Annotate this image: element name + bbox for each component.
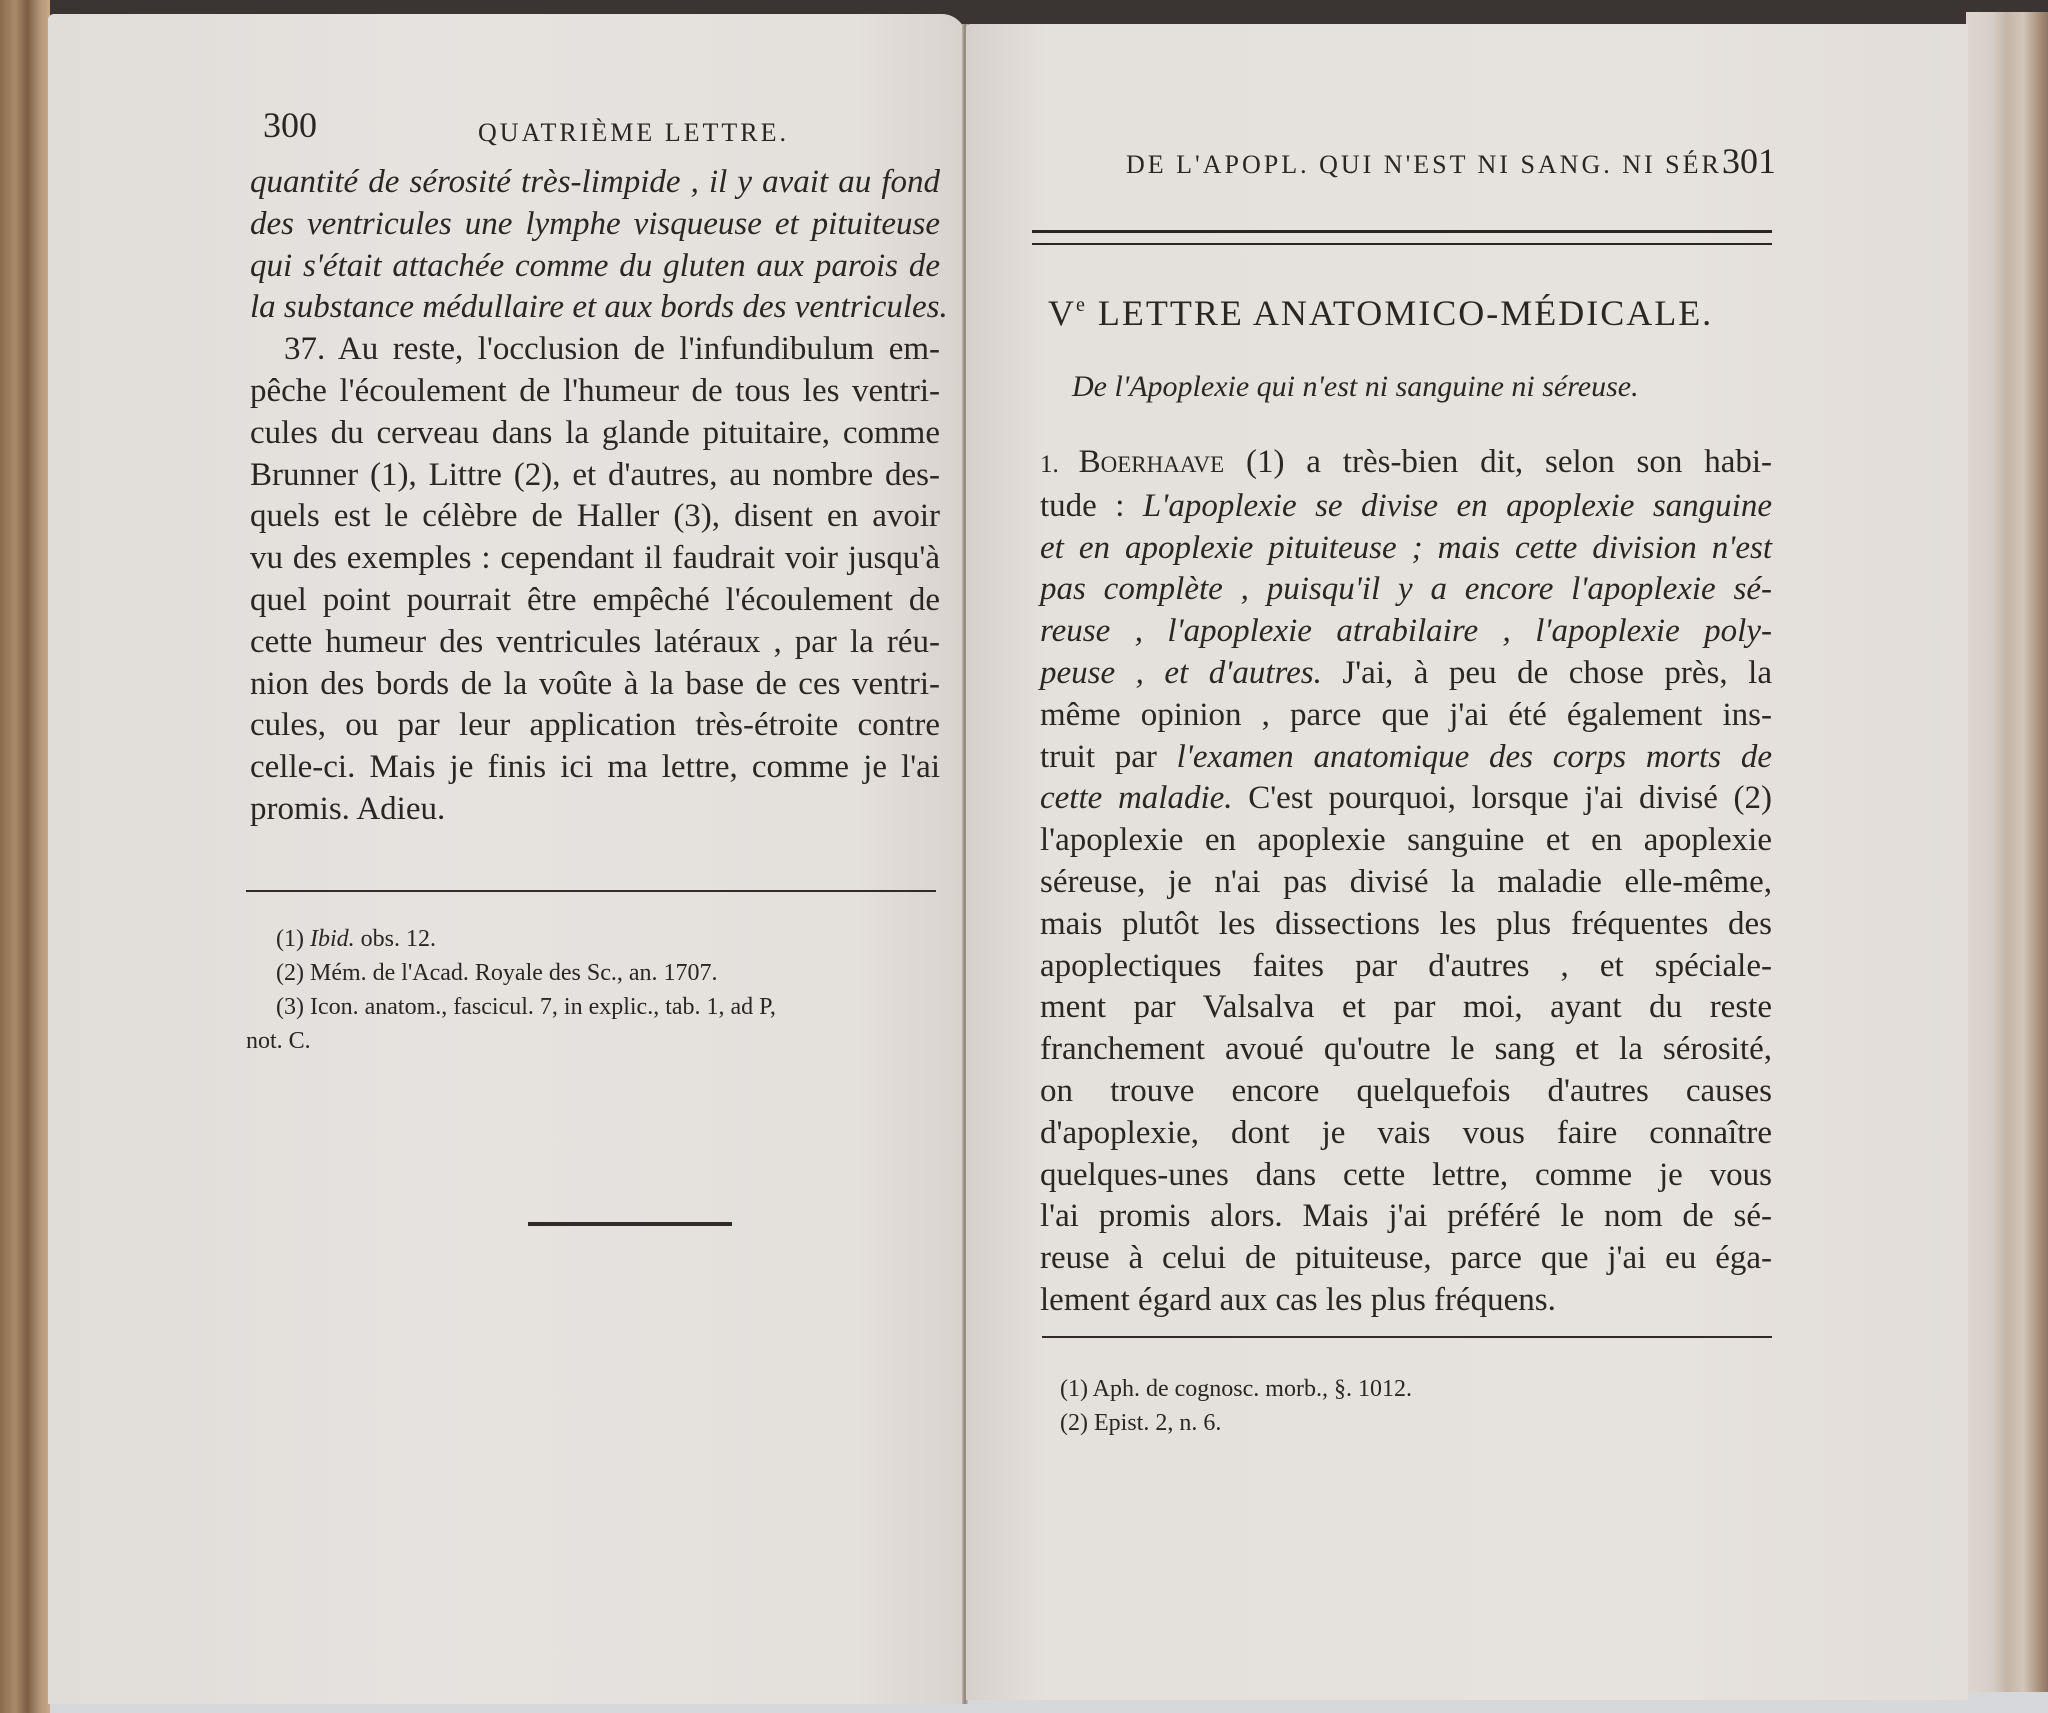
footnote-italic: Ibid. [304, 926, 355, 952]
text-run: Boerhaave [1079, 444, 1225, 480]
text-run: séreuse, je n'ai pas divisé la maladie e… [1040, 864, 1772, 900]
text-line: apoplectiques faites par d'autres , et s… [1040, 946, 1772, 988]
text-run: 1. [1040, 451, 1079, 478]
text-run: on trouve encore quelquefois d'autres ca… [1040, 1073, 1772, 1109]
footnote: not. C. [246, 1024, 776, 1058]
book-edge-right [1966, 12, 2048, 1692]
text-line: même opinion , parce que j'ai été égalem… [1040, 695, 1772, 737]
text-line: 1. Boerhaave (1) a très-bien dit, selon … [1040, 442, 1772, 486]
text-line: cette humeur des ventricules latéraux , … [250, 622, 940, 664]
text-line: cette maladie. C'est pourquoi, lorsque j… [1040, 778, 1772, 820]
text-run: l'apoplexie en apoplexie sanguine et en … [1040, 822, 1772, 858]
text-line: cules, ou par leur application très-étro… [250, 705, 940, 747]
text-line: celle-ci. Mais je finis ici ma lettre, c… [250, 747, 940, 789]
text-line: et en apoplexie pituiteuse ; mais cette … [1040, 528, 1772, 570]
footnote-mark: (1) [276, 926, 304, 952]
text-run: J'ai, à peu de chose près, la [1322, 655, 1772, 691]
chapter-title-text: LETTRE ANATOMICO-MÉDICALE. [1087, 293, 1713, 333]
page-number-right: 301 [1722, 140, 1776, 182]
text-line: séreuse, je n'ai pas divisé la maladie e… [1040, 862, 1772, 904]
text-run: apoplectiques faites par d'autres , et s… [1040, 948, 1772, 984]
text-run: pas complète , puisqu'il y a encore l'ap… [1040, 571, 1772, 607]
book-edge-left [0, 0, 50, 1713]
text-line: franchement avoué qu'outre le sang et la… [1040, 1029, 1772, 1071]
text-run: même opinion , parce que j'ai été égalem… [1040, 697, 1772, 733]
footnote-text: obs. 12. [355, 926, 436, 952]
footnote: (2) Epist. 2, n. 6. [1060, 1406, 1412, 1440]
chapter-double-rule [1032, 230, 1772, 245]
text-run: C'est pourquoi, lorsque j'ai divisé (2) [1233, 780, 1772, 816]
text-line: l'ai promis alors. Mais j'ai préféré le … [1040, 1196, 1772, 1238]
chapter-ordinal: V [1048, 293, 1076, 333]
right-page-body: 1. Boerhaave (1) a très-bien dit, selon … [1040, 442, 1772, 1322]
text-run: franchement avoué qu'outre le sang et la… [1040, 1031, 1772, 1067]
text-line: lement égard aux cas les plus fréquens. [1040, 1280, 1772, 1322]
text-run: mais plutôt les dissections les plus fré… [1040, 906, 1772, 942]
text-line: quels est le célèbre de Haller (3), dise… [250, 496, 940, 538]
text-run: tude : [1040, 488, 1143, 524]
footnotes-right: (1) Aph. de cognosc. morb., §. 1012.(2) … [1060, 1372, 1412, 1440]
footnote: (1) Aph. de cognosc. morb., §. 1012. [1060, 1372, 1412, 1406]
text-line: quelques-unes dans cette lettre, comme j… [1040, 1155, 1772, 1197]
text-line: des ventricules une lymphe visqueuse et … [250, 204, 940, 246]
footnote: (3) Icon. anatom., fascicul. 7, in expli… [276, 990, 776, 1024]
text-line: nion des bords de la voûte à la base de … [250, 664, 940, 706]
text-line: d'apoplexie, dont je vais vous faire con… [1040, 1113, 1772, 1155]
text-line: qui s'était attachée comme du gluten aux… [250, 246, 940, 288]
footnotes-left: (1) Ibid. obs. 12.(2) Mém. de l'Acad. Ro… [276, 922, 776, 1058]
text-run: et en apoplexie pituiteuse ; mais cette … [1040, 530, 1772, 566]
text-run: d'apoplexie, dont je vais vous faire con… [1040, 1115, 1772, 1151]
text-line: peuse , et d'autres. J'ai, à peu de chos… [1040, 653, 1772, 695]
text-run: L'apoplexie se divise en apoplexie sangu… [1143, 488, 1772, 524]
text-run: quelques-unes dans cette lettre, comme j… [1040, 1157, 1772, 1193]
footnote-text: Mém. de l'Acad. Royale des Sc., an. 1707… [304, 960, 718, 986]
footnote-text: Icon. anatom., fascicul. 7, in explic., … [304, 994, 776, 1020]
text-run: reuse à celui de pituiteuse, parce que j… [1040, 1240, 1772, 1276]
text-line: quel point pourrait être empêché l'écoul… [250, 580, 940, 622]
chapter-ordinal-sup: e [1076, 294, 1087, 316]
text-line: mais plutôt les dissections les plus fré… [1040, 904, 1772, 946]
left-page-body: quantité de sérosité très-limpide , il y… [250, 162, 940, 831]
text-line: cules du cerveau dans la glande pituitai… [250, 413, 940, 455]
text-line: Brunner (1), Littre (2), et d'autres, au… [250, 455, 940, 497]
text-run: (1) a très-bien dit, selon son habi- [1224, 444, 1772, 480]
text-line: 37. Au reste, l'occlusion de l'infundibu… [250, 329, 940, 371]
text-run: cette maladie. [1040, 780, 1233, 816]
running-head-left: QUATRIÈME LETTRE. [478, 118, 789, 148]
text-line: reuse , l'apoplexie atrabilaire , l'apop… [1040, 611, 1772, 653]
page-number-left: 300 [263, 104, 317, 146]
text-run: truit par [1040, 739, 1177, 775]
text-run: peuse , et d'autres. [1040, 655, 1322, 691]
text-line: quantité de sérosité très-limpide , il y… [250, 162, 940, 204]
footnote-separator-left [246, 890, 936, 892]
text-run: l'examen anatomique des corps morts de [1177, 739, 1772, 775]
text-line: tude : L'apoplexie se divise en apoplexi… [1040, 486, 1772, 528]
end-rule [528, 1222, 732, 1226]
text-run: ment par Valsalva et par moi, ayant du r… [1040, 989, 1772, 1025]
text-line: l'apoplexie en apoplexie sanguine et en … [1040, 820, 1772, 862]
text-line: reuse à celui de pituiteuse, parce que j… [1040, 1238, 1772, 1280]
footnote: (2) Mém. de l'Acad. Royale des Sc., an. … [276, 956, 776, 990]
running-head-right: DE L'APOPL. QUI N'EST NI SANG. NI SÉR. [1126, 150, 1731, 180]
footnote-separator-right [1042, 1336, 1772, 1338]
text-run: l'ai promis alors. Mais j'ai préféré le … [1040, 1198, 1772, 1234]
text-line: ment par Valsalva et par moi, ayant du r… [1040, 987, 1772, 1029]
text-line: vu des exemples : cependant il faudrait … [250, 538, 940, 580]
text-line: promis. Adieu. [250, 789, 940, 831]
text-line: pêche l'écoulement de l'humeur de tous l… [250, 371, 940, 413]
chapter-subtitle: De l'Apoplexie qui n'est ni sanguine ni … [1072, 370, 1639, 404]
text-line: pas complète , puisqu'il y a encore l'ap… [1040, 569, 1772, 611]
footnote: (1) Ibid. obs. 12. [276, 922, 776, 956]
footnote-mark: (2) [276, 960, 304, 986]
chapter-title: Ve LETTRE ANATOMICO-MÉDICALE. [1048, 292, 1713, 334]
text-run: reuse , l'apoplexie atrabilaire , l'apop… [1040, 613, 1772, 649]
footnote-mark: (3) [276, 994, 304, 1020]
text-line: la substance médullaire et aux bords des… [250, 287, 940, 329]
text-run: lement égard aux cas les plus fréquens. [1040, 1282, 1556, 1318]
text-line: truit par l'examen anatomique des corps … [1040, 737, 1772, 779]
text-line: on trouve encore quelquefois d'autres ca… [1040, 1071, 1772, 1113]
footnote-text: not. C. [246, 1028, 311, 1054]
